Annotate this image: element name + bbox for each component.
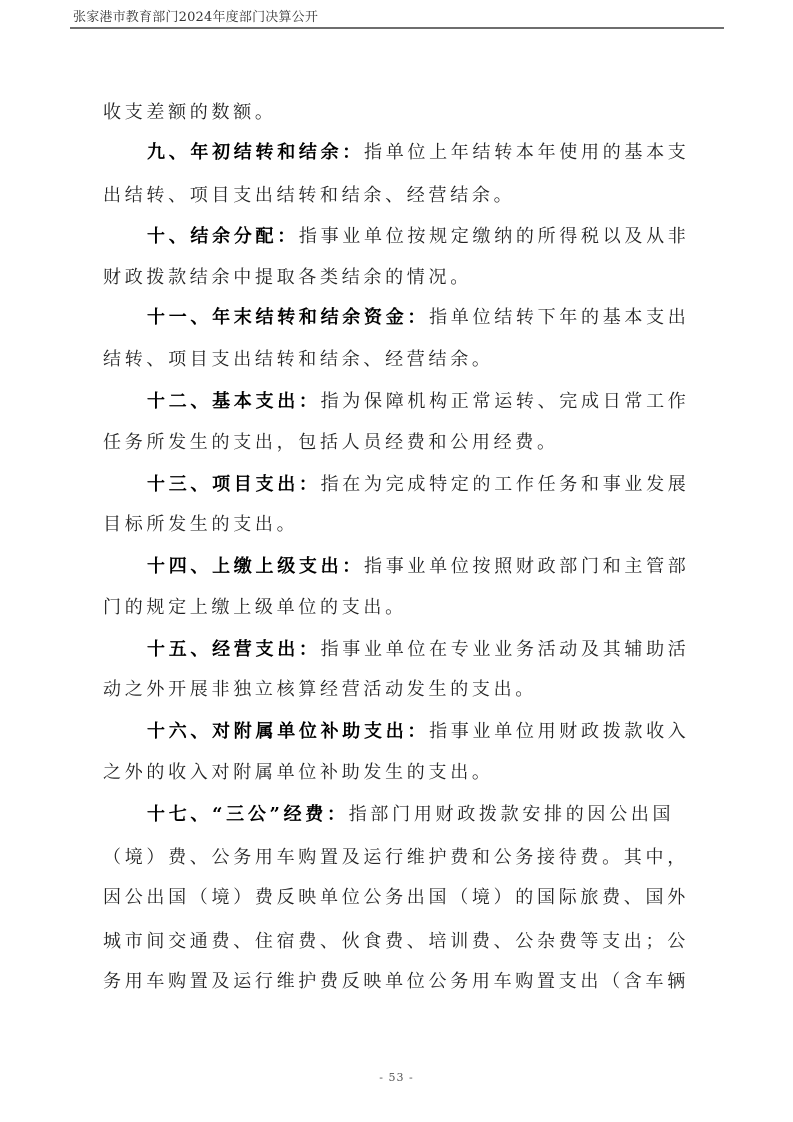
paragraph-text: 指在为完成特定的工作任务和事业发展 [321, 474, 690, 495]
definition-term: 十六、对附属单位补助支出： [147, 721, 429, 742]
paragraph-text: 门的规定上缴上级单位的支出。 [103, 597, 407, 618]
running-header: 张家港市教育部门2024年度部门决算公开 [73, 9, 318, 26]
paragraph-line: 九、年初结转和结余：指单位上年结转本年使用的基本支 [147, 139, 690, 167]
paragraph-text: 动之外开展非独立核算经营活动发生的支出。 [103, 679, 537, 700]
paragraph-text: 指事业单位按规定缴纳的所得税以及从非 [299, 226, 690, 247]
paragraph-line: 十二、基本支出：指为保障机构正常运转、完成日常工作 [147, 388, 690, 416]
paragraph-text: 任务所发生的支出，包括人员经费和公用经费。 [103, 432, 559, 453]
paragraph-line: 务用车购置及运行维护费反映单位公务用车购置支出（含车辆 [103, 968, 689, 996]
paragraph-text: 指为保障机构正常运转、完成日常工作 [321, 391, 690, 412]
paragraph-text: 指事业单位按照财政部门和主管部 [364, 556, 690, 577]
paragraph-text: 指单位结转下年的基本支出 [429, 307, 689, 328]
definition-term: 九、年初结转和结余： [147, 142, 364, 163]
paragraph-line: 因公出国（境）费反映单位公务出国（境）的国际旅费、国外 [103, 884, 689, 912]
paragraph-line: 十一、年末结转和结余资金：指单位结转下年的基本支出 [147, 304, 690, 332]
paragraph-text: 财政拨款结余中提取各类结余的情况。 [103, 267, 472, 288]
definition-term: 十五、经营支出： [147, 639, 321, 660]
paragraph-line: 出结转、项目支出结转和结余、经营结余。 [103, 182, 515, 210]
paragraph-line: 十、结余分配：指事业单位按规定缴纳的所得税以及从非 [147, 223, 690, 251]
definition-term: 十、结余分配： [147, 226, 299, 247]
paragraph-line: 收支差额的数额。 [103, 99, 277, 127]
paragraph-line: 十七、“三公”经费：指部门用财政拨款安排的因公出国 [147, 801, 674, 829]
paragraph-line: 结转、项目支出结转和结余、经营结余。 [103, 346, 494, 374]
paragraph-text: 之外的收入对附属单位补助发生的支出。 [103, 762, 494, 783]
definition-term: 十一、年末结转和结余资金： [147, 307, 429, 328]
page-number: - 53 - [0, 1071, 793, 1084]
paragraph-line: 十三、项目支出：指在为完成特定的工作任务和事业发展 [147, 471, 690, 499]
header-rule [70, 27, 724, 29]
definition-term: 十三、项目支出： [147, 474, 321, 495]
paragraph-text: 收支差额的数额。 [103, 102, 277, 123]
paragraph-line: （境）费、公务用车购置及运行维护费和公务接待费。其中， [103, 844, 689, 872]
paragraph-text: 指部门用财政拨款安排的因公出国 [349, 804, 675, 825]
definition-term: 十四、上缴上级支出： [147, 556, 364, 577]
paragraph-line: 城市间交通费、住宿费、伙食费、培训费、公杂费等支出；公 [103, 928, 689, 956]
paragraph-text: 指事业单位用财政拨款收入 [429, 721, 689, 742]
paragraph-line: 之外的收入对附属单位补助发生的支出。 [103, 759, 494, 787]
paragraph-text: 指事业单位在专业业务活动及其辅助活 [321, 639, 690, 660]
paragraph-line: 财政拨款结余中提取各类结余的情况。 [103, 264, 472, 292]
paragraph-line: 十五、经营支出：指事业单位在专业业务活动及其辅助活 [147, 636, 690, 664]
paragraph-line: 任务所发生的支出，包括人员经费和公用经费。 [103, 429, 559, 457]
paragraph-text: 指单位上年结转本年使用的基本支 [364, 142, 690, 163]
paragraph-line: 目标所发生的支出。 [103, 511, 298, 539]
paragraph-text: 结转、项目支出结转和结余、经营结余。 [103, 349, 494, 370]
definition-term: 十七、“三公”经费： [147, 804, 349, 825]
paragraph-text: 务用车购置及运行维护费反映单位公务用车购置支出（含车辆 [103, 971, 689, 992]
paragraph-line: 十四、上缴上级支出：指事业单位按照财政部门和主管部 [147, 553, 690, 581]
paragraph-text: （境）费、公务用车购置及运行维护费和公务接待费。其中， [103, 847, 689, 868]
paragraph-line: 门的规定上缴上级单位的支出。 [103, 594, 407, 622]
paragraph-text: 城市间交通费、住宿费、伙食费、培训费、公杂费等支出；公 [103, 931, 689, 952]
definition-term: 十二、基本支出： [147, 391, 321, 412]
paragraph-line: 十六、对附属单位补助支出：指事业单位用财政拨款收入 [147, 718, 690, 746]
paragraph-line: 动之外开展非独立核算经营活动发生的支出。 [103, 676, 537, 704]
paragraph-text: 因公出国（境）费反映单位公务出国（境）的国际旅费、国外 [103, 887, 689, 908]
paragraph-text: 目标所发生的支出。 [103, 514, 298, 535]
paragraph-text: 出结转、项目支出结转和结余、经营结余。 [103, 185, 515, 206]
